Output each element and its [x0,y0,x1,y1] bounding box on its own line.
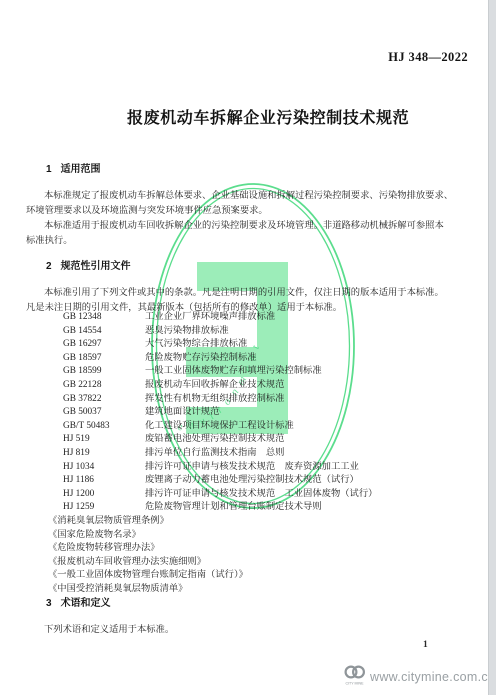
page: environment HJ 348—2022 报废机动车拆解企业污染控制技术规… [0,0,496,695]
reference-title: 危险废物管理计划和管理台账制定技术导则 [145,502,322,512]
body-line: 环境管理要求以及环境监测与突发环境事件应急预案要求。 [26,206,268,218]
reference-title: 化工建设项目环境保护工程设计标准 [145,421,294,431]
reference-code: GB 22128 [63,380,145,392]
reference-title: 工业企业厂界环境噪声排放标准 [145,312,275,322]
section-1-heading: 1适用范围 [46,164,101,176]
reference-title: 排污单位自行监测技术指南 总则 [145,448,284,458]
referenced-document: 《中国受控消耗臭氧层物质清单》 [48,584,187,596]
reference-item: HJ 519废铅蓄电池处理污染控制技术规范 [63,434,284,446]
reference-code: GB 18599 [63,366,145,378]
reference-code: GB 12348 [63,312,145,324]
reference-code: GB 18597 [63,353,145,365]
reference-item: HJ 1034排污许可证申请与核发技术规范 废弃资源加工工业 [63,462,359,474]
reference-item: GB/T 50483化工建设项目环境保护工程设计标准 [63,421,294,433]
reference-code: GB/T 50483 [63,421,145,433]
referenced-document: 《报废机动车回收管理办法实施细则》 [48,557,206,569]
reference-code: HJ 1200 [63,489,145,501]
citymine-logo-caption: CITY MINE [345,682,364,686]
section-number: 2 [46,261,52,272]
section-number: 1 [46,164,52,175]
reference-code: HJ 1186 [63,475,145,487]
section-label: 术语和定义 [61,598,111,609]
document-title: 报废机动车拆解企业污染控制技术规范 [127,110,409,128]
reference-item: HJ 1259危险废物管理计划和管理台账制定技术导则 [63,502,322,514]
citymine-logo-icon: CITY MINE [342,664,368,687]
reference-item: GB 22128报废机动车回收拆解企业技术规范 [63,380,284,392]
reference-title: 挥发性有机物无组织排放控制标准 [145,394,284,404]
reference-title: 大气污染物综合排放标准 [145,339,247,349]
reference-item: HJ 1186废锂离子动力蓄电池处理污染控制技术规范（试行） [63,475,359,487]
reference-title: 排污许可证申请与核发技术规范 工业固体废物（试行） [145,489,377,499]
reference-code: GB 16297 [63,339,145,351]
body-line: 本标准适用于报废机动车回收拆解企业的污染控制要求及环境管理。非道路移动机械拆解可… [44,221,444,233]
reference-item: GB 18599一般工业固体废物贮存和填埋污染控制标准 [63,366,322,378]
reference-item: GB 12348工业企业厂界环境噪声排放标准 [63,312,275,324]
reference-title: 建筑地面设计规范 [145,407,219,417]
reference-title: 恶臭污染物排放标准 [145,326,229,336]
reference-item: HJ 819排污单位自行监测技术指南 总则 [63,448,284,460]
reference-code: HJ 1034 [63,462,145,474]
reference-code: GB 50037 [63,407,145,419]
referenced-document: 《一般工业固体废物管理台账制定指南（试行）》 [48,570,248,582]
reference-code: GB 37822 [63,394,145,406]
body-line: 下列术语和定义适用于本标准。 [44,625,174,637]
reference-code: GB 14554 [63,326,145,338]
reference-item: GB 14554恶臭污染物排放标准 [63,326,229,338]
reference-item: GB 18597危险废物贮存污染控制标准 [63,353,257,365]
reference-item: GB 16297大气污染物综合排放标准 [63,339,247,351]
reference-title: 排污许可证申请与核发技术规范 废弃资源加工工业 [145,462,359,472]
reference-item: HJ 1200排污许可证申请与核发技术规范 工业固体废物（试行） [63,489,377,501]
page-number: 1 [423,640,428,650]
reference-code: HJ 1259 [63,502,145,514]
section-number: 3 [46,598,52,609]
reference-title: 报废机动车回收拆解企业技术规范 [145,380,284,390]
watermark-block [197,262,257,291]
body-line: 本标准规定了报废机动车拆解总体要求、企业基础设施和拆解过程污染控制要求、污染物排… [44,191,453,203]
body-line: 本标准引用了下列文件或其中的条款。凡是注明日期的引用文件，仅注日期的版本适用于本… [44,288,444,300]
reference-title: 危险废物贮存污染控制标准 [145,353,257,363]
section-label: 适用范围 [61,164,101,175]
reference-item: GB 50037建筑地面设计规范 [63,407,219,419]
reference-title: 废铅蓄电池处理污染控制技术规范 [145,434,284,444]
standard-number: HJ 348—2022 [388,50,468,65]
reference-code: HJ 519 [63,434,145,446]
referenced-document: 《消耗臭氧层物质管理条例》 [48,516,169,528]
footer-url: www.citymine.com.cn [370,670,495,684]
referenced-document: 《国家危险废物名录》 [48,530,141,542]
reference-code: HJ 819 [63,448,145,460]
section-label: 规范性引用文件 [61,261,131,272]
section-2-heading: 2规范性引用文件 [46,261,131,273]
body-line: 标准执行。 [26,236,73,248]
reference-item: GB 37822挥发性有机物无组织排放控制标准 [63,394,284,406]
referenced-document: 《危险废物转移管理办法》 [48,543,160,555]
page-edge-shadow [488,0,496,695]
reference-title: 废锂离子动力蓄电池处理污染控制技术规范（试行） [145,475,359,485]
reference-title: 一般工业固体废物贮存和填埋污染控制标准 [145,366,322,376]
section-3-heading: 3术语和定义 [46,598,111,610]
